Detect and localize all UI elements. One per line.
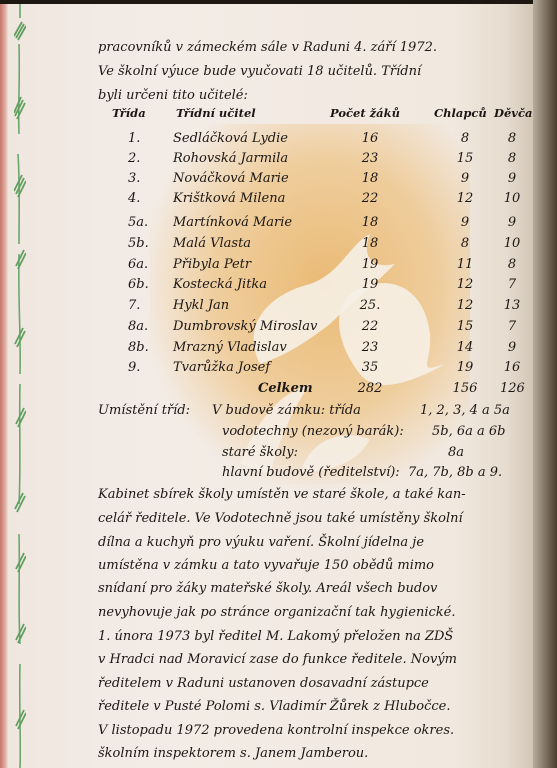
cell-girls: 8 <box>500 132 524 145</box>
cell-teacher: Mrazný Vladislav <box>173 341 287 354</box>
body-line: V listopadu 1972 provedena kontrolní ins… <box>98 724 454 737</box>
table-row: 2. Rohovská Jarmila 23 15 8 <box>0 152 533 170</box>
cell-girls: 10 <box>500 192 524 205</box>
cell-pupils: 23 <box>355 152 385 165</box>
body-line: v Hradci nad Moravicí zase do funkce řed… <box>98 653 457 666</box>
cell-boys: 9 <box>450 216 480 229</box>
intro-line: byli určeni tito učitelé: <box>98 89 248 102</box>
table-total-row: Celkem 282 156 126 <box>0 382 533 400</box>
cell-boys: 12 <box>450 299 480 312</box>
placement-label: Umístění tříd: <box>98 404 190 417</box>
cell-boys: 12 <box>450 192 480 205</box>
cell-class: 6a. <box>128 258 158 271</box>
cell-class: 8b. <box>128 341 158 354</box>
table-row: 3. Nováčková Marie 18 9 9 <box>0 172 533 190</box>
cell-pupils: 35 <box>355 361 385 374</box>
intro-line: pracovníků v zámeckém sále v Raduni 4. z… <box>98 41 437 54</box>
body-line: školním inspektorem s. Janem Jamberou. <box>98 747 368 760</box>
placement-where: staré školy: <box>222 446 298 459</box>
table-row: 5b. Malá Vlasta 18 8 10 <box>0 237 533 255</box>
table-row: 8a. Dumbrovský Miroslav 22 15 7 <box>0 320 533 338</box>
cell-teacher: Krištková Milena <box>173 192 285 205</box>
cell-pupils: 18 <box>355 237 385 250</box>
cell-girls: 7 <box>500 320 524 333</box>
body-line: ředitele v Pusté Polomi s. Vladimír Žůre… <box>98 700 451 713</box>
cell-girls: 9 <box>500 172 524 185</box>
book-gutter <box>533 0 557 768</box>
total-pupils: 282 <box>355 382 385 395</box>
cell-teacher: Přibyla Petr <box>173 258 251 271</box>
table-row: 4. Krištková Milena 22 12 10 <box>0 192 533 210</box>
cell-class: 5a. <box>128 216 158 229</box>
cell-teacher: Tvarůžka Josef <box>173 361 270 374</box>
placement-where: V budově zámku: třída <box>212 404 361 417</box>
table-row: 9. Tvarůžka Josef 35 19 16 <box>0 361 533 379</box>
cell-girls: 16 <box>500 361 524 374</box>
cell-pupils: 16 <box>355 132 385 145</box>
header-teacher: Třídní učitel <box>176 108 256 120</box>
table-row: 8b. Mrazný Vladislav 23 14 9 <box>0 341 533 359</box>
cell-teacher: Kostecká Jitka <box>173 278 267 291</box>
cell-teacher: Dumbrovský Miroslav <box>173 320 317 333</box>
placement-classes: 8a <box>448 446 464 459</box>
body-line: nevyhovuje jak po stránce organizační ta… <box>98 606 456 619</box>
body-line: umístěna v zámku a tato vyvařuje 150 obě… <box>98 559 434 572</box>
total-label: Celkem <box>258 382 313 395</box>
cell-class: 5b. <box>128 237 158 250</box>
placement-where: hlavní budově (ředitelství): <box>222 466 400 479</box>
cell-class: 4. <box>128 192 158 205</box>
total-boys: 156 <box>450 382 480 395</box>
intro-line: Ve školní výuce bude vyučovati 18 učitel… <box>98 65 421 78</box>
cell-teacher: Rohovská Jarmila <box>173 152 288 165</box>
placement-classes: 5b, 6a a 6b <box>432 425 506 438</box>
cell-pupils: 18 <box>355 216 385 229</box>
table-header-row: Třída Třídní učitel Počet žáků Chlapců D… <box>0 108 533 126</box>
cell-class: 7. <box>128 299 158 312</box>
total-girls: 126 <box>500 382 524 395</box>
table-row: 6b. Kostecká Jitka 19 12 7 <box>0 278 533 296</box>
table-row: 7. Hykl Jan 25. 12 13 <box>0 299 533 317</box>
cell-pupils: 22 <box>355 192 385 205</box>
placement-classes: 1, 2, 3, 4 a 5a <box>420 404 510 417</box>
cell-teacher: Malá Vlasta <box>173 237 251 250</box>
cell-pupils: 19 <box>355 258 385 271</box>
cell-teacher: Nováčková Marie <box>173 172 289 185</box>
cell-boys: 12 <box>450 278 480 291</box>
header-boys: Chlapců <box>434 108 487 120</box>
cell-pupils: 19 <box>355 278 385 291</box>
cell-class: 9. <box>128 361 158 374</box>
cell-pupils: 22 <box>355 320 385 333</box>
body-line: dílna a kuchyň pro výuku vaření. Školní … <box>98 536 424 549</box>
cell-boys: 19 <box>450 361 480 374</box>
header-pupils: Počet žáků <box>330 108 400 120</box>
cell-boys: 11 <box>450 258 480 271</box>
cell-class: 2. <box>128 152 158 165</box>
cell-boys: 8 <box>450 132 480 145</box>
cell-teacher: Hykl Jan <box>173 299 229 312</box>
table-row: 1. Sedláčková Lydie 16 8 8 <box>0 132 533 150</box>
cell-class: 3. <box>128 172 158 185</box>
cell-pupils: 23 <box>355 341 385 354</box>
cell-pupils: 18 <box>355 172 385 185</box>
cell-girls: 8 <box>500 152 524 165</box>
cell-boys: 9 <box>450 172 480 185</box>
header-girls: Děvčat <box>494 108 533 120</box>
cell-boys: 14 <box>450 341 480 354</box>
body-line: 1. února 1973 byl ředitel M. Lakomý přel… <box>98 630 453 643</box>
cell-girls: 8 <box>500 258 524 271</box>
cell-class: 8a. <box>128 320 158 333</box>
cell-boys: 15 <box>450 320 480 333</box>
placement-where: vodotechny (nezový barák): <box>222 425 404 438</box>
body-line: Kabinet sbírek školy umístěn ve staré šk… <box>98 488 466 501</box>
cell-boys: 8 <box>450 237 480 250</box>
cell-girls: 9 <box>500 216 524 229</box>
cell-class: 6b. <box>128 278 158 291</box>
cell-boys: 15 <box>450 152 480 165</box>
cell-class: 1. <box>128 132 158 145</box>
chronicle-page: pracovníků v zámeckém sále v Raduni 4. z… <box>0 4 533 768</box>
placement-classes: 7a, 7b, 8b a 9. <box>408 466 502 479</box>
cell-girls: 7 <box>500 278 524 291</box>
body-line: snídaní pro žáky mateřské školy. Areál v… <box>98 582 437 595</box>
cell-girls: 9 <box>500 341 524 354</box>
cell-teacher: Sedláčková Lydie <box>173 132 288 145</box>
cell-girls: 10 <box>500 237 524 250</box>
cell-pupils: 25. <box>355 299 385 312</box>
table-row: 5a. Martínková Marie 18 9 9 <box>0 216 533 234</box>
body-line: ředitelem v Raduni ustanoven dosavadní z… <box>98 677 429 690</box>
cell-girls: 13 <box>500 299 524 312</box>
header-class: Třída <box>112 108 146 120</box>
table-row: 6a. Přibyla Petr 19 11 8 <box>0 258 533 276</box>
body-line: celář ředitele. Ve Vodotechně jsou také … <box>98 512 463 525</box>
cell-teacher: Martínková Marie <box>173 216 292 229</box>
